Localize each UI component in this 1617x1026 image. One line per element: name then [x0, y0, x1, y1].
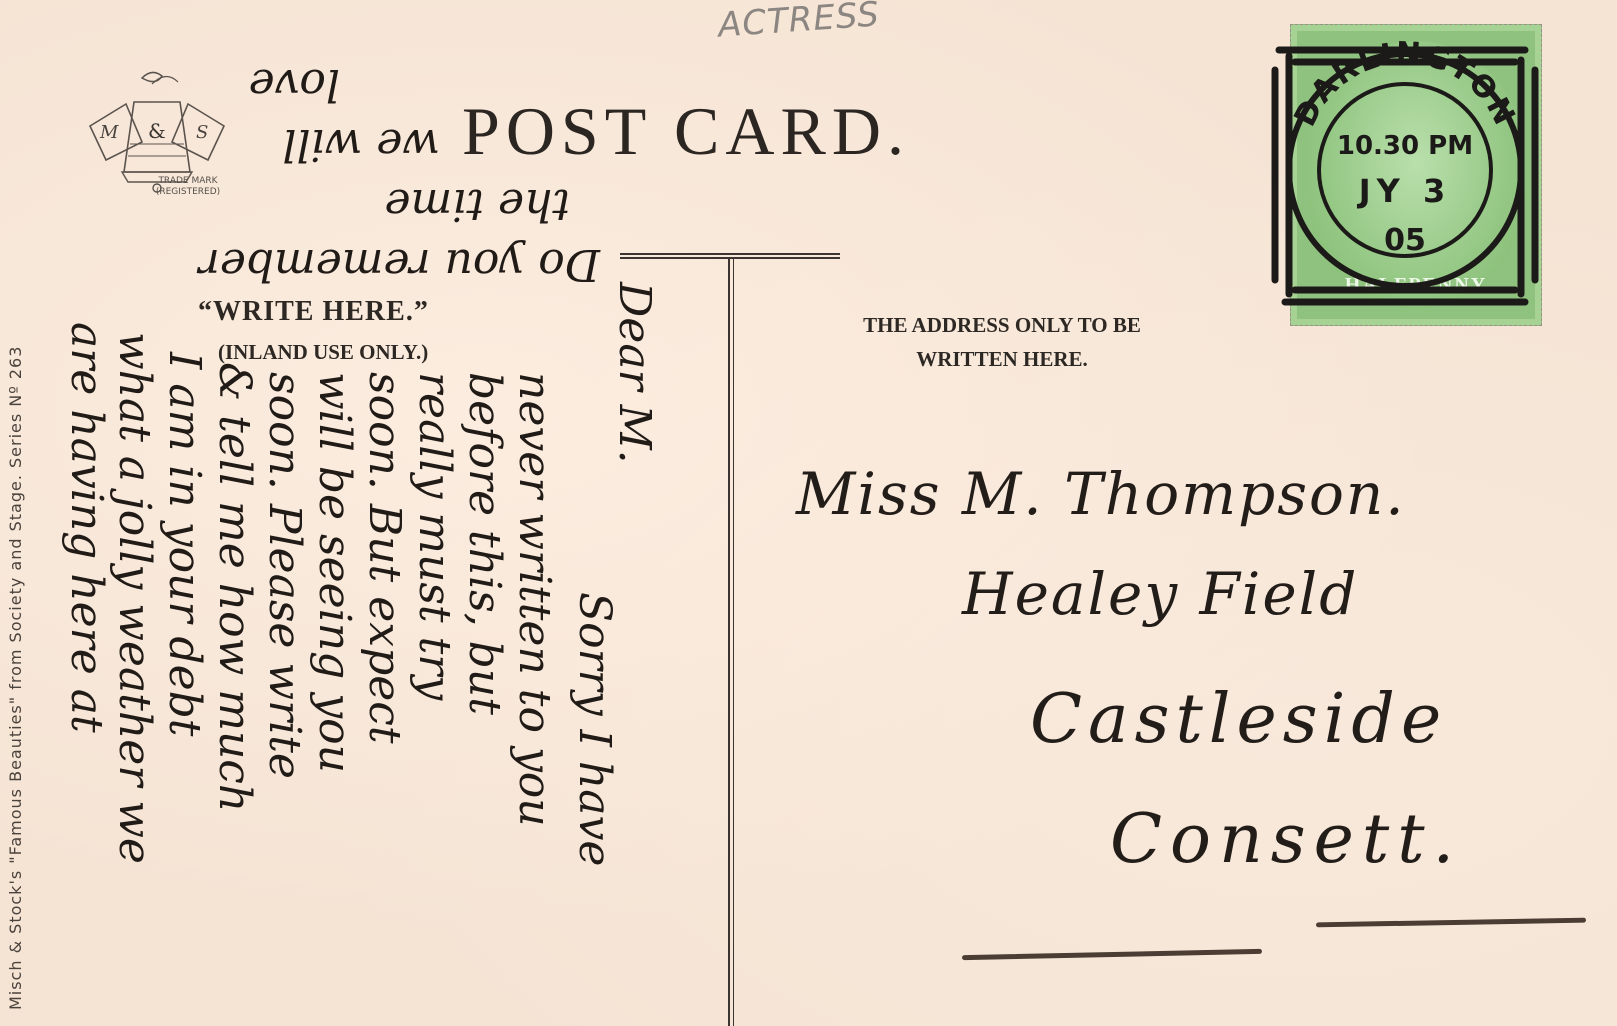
message-line: I am in your debt — [159, 352, 210, 736]
address-instruction-line-1: THE ADDRESS ONLY TO BE — [822, 308, 1182, 342]
handwritten-message-upside-down: Do you remember the time we will love — [60, 40, 600, 300]
message-line: never written to you — [509, 372, 560, 827]
address-town: Castleside — [1030, 680, 1447, 759]
message-line: soon. Please write — [259, 372, 310, 779]
message-line: love — [249, 59, 340, 110]
message-line: really must try — [409, 372, 460, 700]
postmark-cancellation: DARLINGTON 10.30 PM JY 3 05 — [1255, 30, 1555, 320]
message-line: before this, but — [459, 372, 510, 715]
address-underline-2 — [1316, 918, 1586, 928]
pencil-annotation: ACTRESS — [717, 0, 881, 46]
message-line: the time — [384, 179, 570, 230]
svg-text:JY 3: JY 3 — [1357, 172, 1451, 210]
message-line: soon. But expect — [359, 372, 410, 744]
address-name: Miss M. Thompson. — [796, 460, 1406, 528]
message-line: & tell me how much — [209, 362, 260, 812]
message-line: are having here at — [61, 322, 112, 733]
address-city: Consett. — [1110, 800, 1462, 879]
address-instruction-line-2: WRITTEN HERE. — [822, 342, 1182, 376]
svg-text:10.30 PM: 10.30 PM — [1337, 131, 1473, 161]
publisher-imprint: Misch & Stock's "Famous Beauties" from S… — [6, 346, 25, 1010]
postcard-back: ACTRESS POST CARD. M & S TRADE MARK (REG… — [0, 0, 1617, 1026]
address-instruction: THE ADDRESS ONLY TO BE WRITTEN HERE. — [822, 308, 1182, 376]
message-line: what a jolly weather we — [109, 332, 160, 864]
address-street: Healey Field — [962, 560, 1358, 628]
handwritten-message: Dear M. Sorry I have never written to yo… — [60, 262, 660, 1022]
message-line: Dear M. — [609, 282, 660, 464]
message-line: Do you remember — [199, 239, 600, 290]
message-line: we will — [282, 119, 440, 170]
message-line: Sorry I have — [569, 592, 620, 866]
svg-text:05: 05 — [1384, 223, 1426, 258]
address-underline-1 — [962, 949, 1262, 960]
divider-vertical — [728, 258, 734, 1026]
message-line: will be seeing you — [309, 372, 360, 773]
